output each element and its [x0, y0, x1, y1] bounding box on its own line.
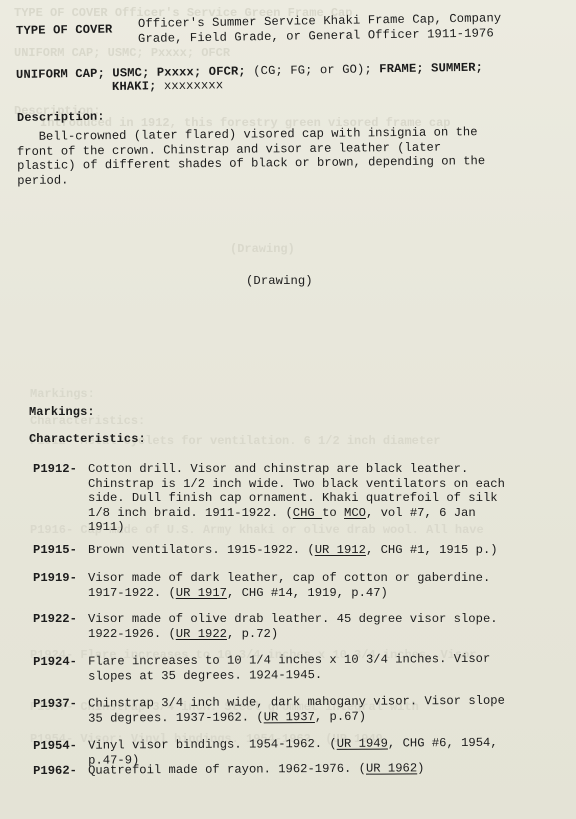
characteristic-line: 35 degrees. 1937-1962. (UR 1937, p.67) — [88, 708, 505, 725]
text-segment: , CHG #6, 1954, — [388, 736, 498, 751]
characteristic-line: 1917-1922. (UR 1917, CHG #14, 1919, p.47… — [88, 586, 490, 601]
characteristic-entry: P1937-Chinstrap 3/4 inch wide, dark maho… — [33, 693, 573, 697]
text-segment: Chinstrap 3/4 inch wide, dark mahogany v… — [88, 694, 505, 711]
characteristic-text: Visor made of olive drab leather. 45 deg… — [88, 612, 498, 641]
characteristic-text: Visor made of dark leather, cap of cotto… — [88, 571, 490, 600]
text-segment: , CHG #14, 1919, p.47) — [227, 586, 388, 600]
characteristic-text: Brown ventilators. 1915-1922. (UR 1912, … — [88, 543, 498, 558]
characteristic-line: side. Dull finish cap ornament. Khaki qu… — [88, 491, 505, 506]
text-segment: 35 degrees. 1937-1962. ( — [88, 710, 264, 725]
type-of-cover-label: TYPE OF COVER — [16, 22, 113, 38]
pattern-code: P1962- — [33, 764, 77, 779]
characteristic-line: 1/8 inch braid. 1911-1922. (CHG to MCO, … — [88, 506, 505, 521]
characteristic-line: 1922-1926. (UR 1922, p.72) — [88, 627, 498, 642]
text-segment: 1911) — [88, 520, 125, 534]
bleed-through-text: Markings: — [30, 387, 95, 401]
text-segment: Cotton drill. Visor and chinstrap are bl… — [88, 462, 468, 476]
text-segment: Visor made of olive drab leather. 45 deg… — [88, 612, 498, 626]
description-text: Bell-crowned (later flared) visored cap … — [17, 125, 486, 188]
text-segment: Brown ventilators. 1915-1922. ( — [88, 543, 315, 557]
text-segment: , p.72) — [227, 627, 278, 641]
characteristic-text: Chinstrap 3/4 inch wide, dark mahogany v… — [88, 694, 505, 726]
characteristic-line: 1911) — [88, 520, 505, 535]
reference-citation: MCO — [344, 506, 366, 520]
text-segment: Vinyl visor bindings. 1954-1962. ( — [88, 737, 337, 753]
characteristic-line: Cotton drill. Visor and chinstrap are bl… — [88, 462, 505, 477]
text-segment: , vol #7, 6 Jan — [366, 506, 476, 520]
pattern-code: P1924- — [33, 655, 77, 670]
pattern-code: P1915- — [33, 543, 77, 558]
uniform-cap-keywords-2: FRAME; SUMMER; — [372, 61, 483, 77]
text-segment: slopes at 35 degrees. 1924-1945. — [88, 667, 322, 683]
text-segment: 1/8 inch braid. 1911-1922. ( — [88, 506, 293, 520]
bleed-through-text: (Drawing) — [230, 242, 295, 256]
reference-citation: UR 1922 — [176, 627, 227, 641]
characteristic-line: Visor made of olive drab leather. 45 deg… — [88, 612, 498, 627]
text-segment: 1922-1926. ( — [88, 627, 176, 641]
characteristic-line: Visor made of dark leather, cap of cotto… — [88, 571, 490, 586]
pattern-code: P1912- — [33, 462, 77, 477]
characteristic-text: Flare increases to 10 1/4 inches x 10 3/… — [88, 652, 490, 684]
uniform-cap-line1: UNIFORM CAP; USMC; Pxxxx; OFCR; (CG; FG;… — [16, 61, 483, 82]
document-page: TYPE OF COVER Officer's Service Green Fr… — [0, 0, 576, 819]
text-segment: , CHG #1, 1915 p.) — [366, 543, 498, 557]
text-segment: Flare increases to 10 1/4 inches x 10 3/… — [88, 652, 490, 669]
pattern-code: P1937- — [33, 697, 77, 712]
characteristic-line: Brown ventilators. 1915-1922. (UR 1912, … — [88, 543, 498, 558]
description-heading: Description: — [17, 110, 105, 125]
reference-citation: UR 1917 — [176, 586, 227, 600]
bleed-through-text: UNIFORM CAP; USMC; Pxxxx; OFCR — [14, 46, 230, 60]
pattern-code: P1922- — [33, 612, 77, 627]
uniform-cap-line2: KHAKI; xxxxxxxx — [112, 78, 223, 94]
markings-heading: Markings: — [29, 405, 95, 419]
type-of-cover-label-text: TYPE OF COVER — [16, 22, 113, 38]
characteristic-line: Chinstrap 3/4 inch wide, dark mahogany v… — [88, 694, 505, 711]
reference-citation: CHG — [293, 506, 322, 520]
uniform-cap-code: xxxxxxxx — [156, 78, 223, 93]
reference-citation: UR 1962 — [366, 761, 417, 775]
reference-citation: UR 1949 — [337, 737, 388, 751]
characteristic-line: Chinstrap is 1/2 inch wide. Two black ve… — [88, 477, 505, 492]
text-segment: Visor made of dark leather, cap of cotto… — [88, 571, 490, 585]
text-segment: 1917-1922. ( — [88, 586, 176, 600]
text-segment: ) — [417, 761, 424, 775]
characteristic-text: Quatrefoil made of rayon. 1962-1976. (UR… — [88, 761, 425, 778]
characteristic-line: Vinyl visor bindings. 1954-1962. (UR 194… — [88, 736, 498, 753]
text-segment: side. Dull finish cap ornament. Khaki qu… — [88, 491, 498, 505]
drawing-placeholder: (Drawing) — [246, 274, 313, 288]
text-segment: to — [322, 506, 344, 520]
characteristic-text: Cotton drill. Visor and chinstrap are bl… — [88, 462, 505, 535]
pattern-code: P1954- — [33, 739, 77, 754]
reference-citation: UR 1937 — [264, 710, 315, 724]
reference-citation: UR 1912 — [315, 543, 366, 557]
pattern-code: P1919- — [33, 571, 77, 586]
text-segment: , p.67) — [315, 709, 366, 723]
text-segment: Chinstrap is 1/2 inch wide. Two black ve… — [88, 477, 505, 491]
text-segment: Quatrefoil made of rayon. 1962-1976. ( — [88, 762, 366, 778]
characteristic-line: Quatrefoil made of rayon. 1962-1976. (UR… — [88, 761, 425, 778]
characteristics-heading: Characteristics: — [29, 432, 146, 446]
uniform-cap-grades: (CG; FG; or GO); — [246, 62, 372, 78]
characteristic-line: slopes at 35 degrees. 1924-1945. — [88, 666, 490, 683]
uniform-cap-color: KHAKI; — [112, 79, 157, 94]
characteristic-line: Flare increases to 10 1/4 inches x 10 3/… — [88, 652, 490, 669]
